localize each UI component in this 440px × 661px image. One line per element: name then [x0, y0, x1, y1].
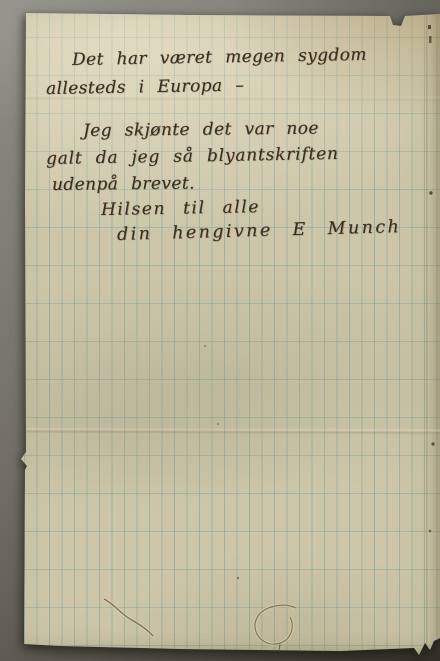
ink-speck-6: [204, 345, 206, 347]
ink-speck-4: [237, 577, 239, 579]
tear-crack-right: [255, 605, 296, 659]
letter-sheet: Det har været megen sygdom allesteds i E…: [0, 0, 440, 661]
handwriting-line-greeting: Hilsen til alle: [101, 197, 260, 220]
ink-speck-3: [429, 530, 432, 533]
ink-speck-5: [217, 423, 219, 425]
handwriting-line-4: galt da jeg så blyantskriften: [46, 144, 339, 169]
tear-crack-right-halo: [255, 605, 296, 644]
fold-ink-dash-2: [429, 36, 432, 43]
handwriting-line-5: udenpå brevet.: [52, 174, 195, 195]
ink-speck-1: [429, 191, 432, 194]
tear-crack-left-halo: [104, 599, 153, 636]
scan-backdrop: Det har været megen sygdom allesteds i E…: [0, 0, 440, 661]
handwriting-line-2: allesteds i Europa –: [46, 76, 245, 99]
tear-crack-left: [104, 599, 153, 636]
horizontal-fold-crease: [24, 428, 440, 434]
handwriting-line-1: Det har været megen sygdom: [72, 45, 367, 70]
ink-speck-2: [431, 442, 434, 445]
handwriting-line-3: Jeg skjønte det var noe: [83, 119, 319, 141]
paper-shadow: Det har været megen sygdom allesteds i E…: [0, 0, 440, 661]
vertical-fold-crease: [426, 13, 429, 649]
handwriting-line-signature: din hengivne E Munch: [117, 217, 402, 245]
